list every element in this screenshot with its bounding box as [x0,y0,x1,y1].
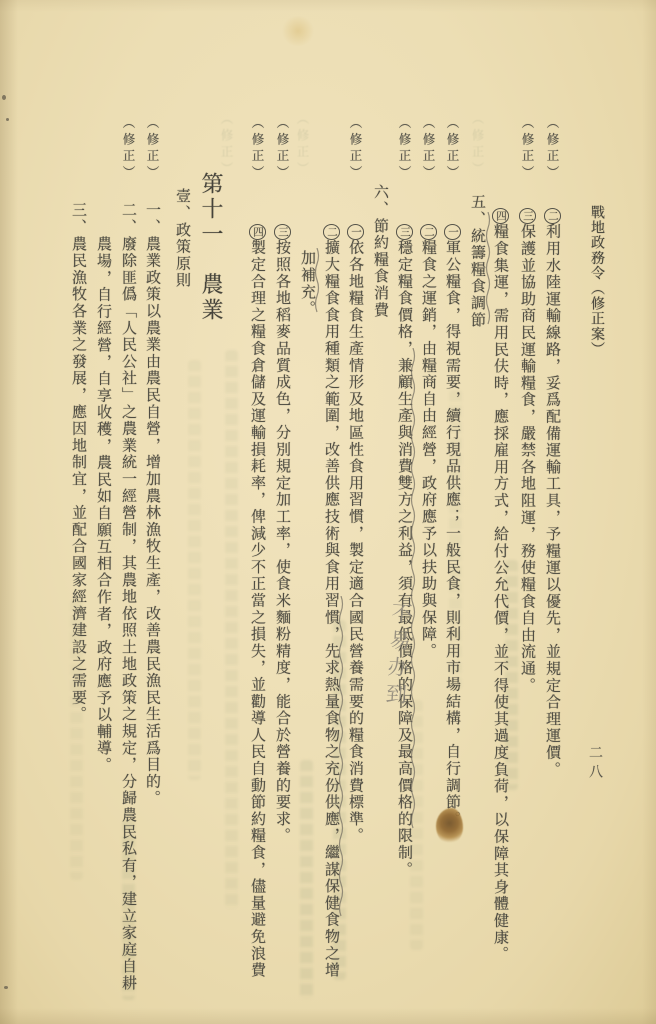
ink-stain [436,808,463,844]
text-column: （修正） 一依各地糧食生產情形及地區性食用習慣，製定適合國民營養需要的糧食消費標… [344,0,366,1024]
document-title: 戰地政務令（修正案） [586,205,606,357]
text-column: （修正） 三按照各地稻麥品質成色，分別規定加工率，使食米麵粉精度，能合於營養的要… [271,0,293,1024]
text-column: 四糧食集運，需用民伕時，應採雇用方式，給付公允代價，並不得使其過度負荷，以保障其… [489,0,511,1024]
ghost-column [225,350,238,910]
item-number-circle: 二 [323,224,340,240]
text-column: （修正） 三保護並協助商民運輸糧食，嚴禁各地阻運，務使糧食自由流通。 [516,0,538,1024]
text-column: 加補充。 [296,0,318,1024]
revision-annotation: （修正） [543,116,561,182]
paper-speck [2,95,6,100]
item-number-circle: 三 [396,224,413,240]
revision-annotation: （修正） [518,116,536,182]
page-number: 二八 [584,745,604,783]
column-text: 三、農民漁牧各業之發展，應因地制宜，並配合國家經濟建設之需要。 [70,202,86,723]
revision-annotation: （修正） [248,116,266,182]
revision-annotation: （修正） [143,116,161,182]
revision-annotation: （修正） [443,116,461,182]
column-text: 按照各地稻麥品質成色，分別規定加工率，使食米麵粉精度，能合於營養的要求。 [274,240,290,845]
column-text: 加補充。 [299,250,315,317]
revision-annotation: （修正） [119,116,137,182]
paper-speck [4,986,8,989]
paper-speck [6,118,9,121]
section-heading-column: 壹、政策原則 [171,0,193,1024]
item-number-circle: 一 [444,224,461,240]
document-page: （修正） （修正） （修正） 戰地政務令（修正案） 二八 （修正） 二利用水陸運… [0,0,656,1024]
item-number-circle: 四 [492,208,509,224]
text-column: （修正） 二、廢除匪僞「人民公社」之農業統一經營制，其農地依照土地政策之規定，分… [117,0,139,1024]
paper-stain [281,16,315,46]
column-text: 糧食集運，需用民伕時，應採雇用方式，給付公允代價，並不得使其過度負荷，以保障其身… [492,224,508,963]
text-column: （修正） 二糧食之運銷，由糧商自由經營，政府應予以扶助與保障。 [417,0,439,1024]
column-text: 製定合理之糧食倉儲及運輸損耗率，俾減少不正當之損失，並勸導人民自動節約糧食，儘量… [249,240,265,979]
text-column: 二擴大糧食食用種類之範圍，改善供應技術與食用習慣，先求熱量食物之充份供應，繼謀保… [320,0,342,1024]
revision-annotation: （修正） [346,116,364,182]
item-number-circle: 二 [544,208,561,224]
column-text: 利用水陸運輸線路，妥爲配備運輸工具，予糧運以優先，並規定合理運價。 [544,224,560,778]
section-heading-column: 六、節約糧食消費 [369,0,391,1024]
item-number-circle: 四 [249,224,266,240]
column-text: 穩定糧食價格，兼顧生產與消費雙方之利益，須有最低價格的保障及最高價格的限制。 [396,240,412,878]
column-text: 一、農業政策以農業由農民自營，增加農林漁牧生產，改善農民漁民生活爲目的。 [144,202,160,807]
text-column: （修正） 一、農業政策以農業由農民自營，增加農林漁牧生產，改善農民漁民生活爲目的… [141,0,163,1024]
section-heading: 壹、政策原則 [174,188,190,289]
revision-annotation: （修正） [419,116,437,182]
section-heading-column: 五、統籌糧食調節 [466,0,488,1024]
item-number-circle: 一 [347,224,364,240]
text-column: （修正） 四製定合理之糧食倉儲及運輸損耗率，俾減少不正當之損失，並勸導人民自動節… [246,0,268,1024]
text-column: （修正） 二利用水陸運輸線路，妥爲配備運輸工具，予糧運以優先，並規定合理運價。 [541,0,563,1024]
column-text: 擴大糧食食用種類之範圍，改善供應技術與食用習慣，先求熱量食物之充份供應，繼謀保健… [323,240,339,979]
column-text: 軍公糧食，得視需要，續行現品供應；一般民食，則利用市場結構，自行調節。 [444,240,460,828]
text-column: 農場，自行經營，自享收穫，農民如自願互相合作者，政府應予以輔導。 [92,0,114,1024]
item-number-circle: 二 [420,224,437,240]
text-column: （修正） 一軍公糧食，得視需要，續行現品供應；一般民食，則利用市場結構，自行調節… [441,0,463,1024]
column-text: 二、廢除匪僞「人民公社」之農業統一經營制，其農地依照土地政策之規定，分歸農民私有… [120,202,136,992]
chapter-heading-column: 第十一 農業 [196,0,226,1024]
item-number-circle: 三 [519,208,536,224]
revision-annotation: （修正） [273,116,291,182]
text-column: （修正） 三穩定糧食價格，兼顧生產與消費雙方之利益，須有最低價格的保障及最高價格… [393,0,415,1024]
column-text: 糧食之運銷，由糧商自由經營，政府應予以扶助與保障。 [420,240,436,660]
section-heading: 六、節約糧食消費 [372,184,388,318]
column-text: 保護並協助商民運輸糧食，嚴禁各地阻運，務使糧食自由流通。 [519,224,535,694]
revision-annotation: （修正） [395,116,413,182]
text-column: 三、農民漁牧各業之發展，應因地制宜，並配合國家經濟建設之需要。 [67,0,89,1024]
section-heading: 五、統籌糧食調節 [469,194,485,328]
item-number-circle: 三 [274,224,291,240]
chapter-heading: 第十一 農業 [199,172,224,323]
column-text: 農場，自行經營，自享收穫，農民如自願互相合作者，政府應予以輔導。 [95,236,111,774]
column-text: 依各地糧食生產情形及地區性食用習慣，製定適合國民營養需要的糧食消費標準。 [347,240,363,845]
